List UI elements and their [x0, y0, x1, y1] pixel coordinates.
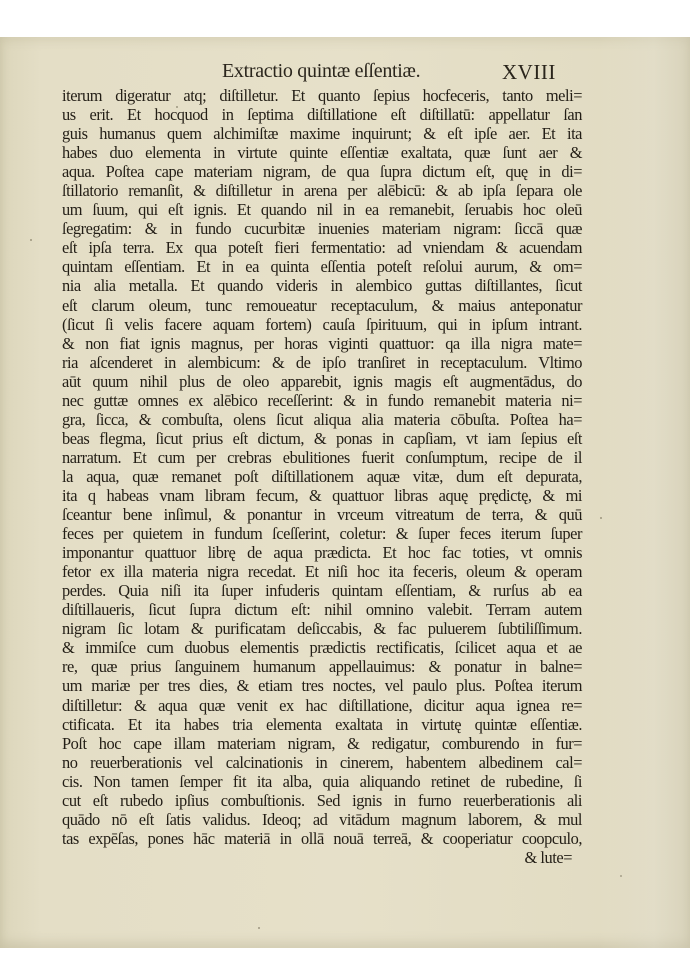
ink-speck	[30, 239, 32, 241]
ink-speck	[258, 927, 260, 929]
text-line: la aqua, quæ remanet poſt diſtillationem…	[62, 467, 582, 486]
running-head: Extractio quintæ eſſentiæ. XVIII	[222, 60, 562, 86]
text-line: habes duo elementa in virtute quinte eſſ…	[62, 143, 582, 162]
text-line: nigram ſic lotam & purificatam deſiccabi…	[62, 619, 582, 638]
text-line: eſt ipſa terra. Ex qua poteſt fieri ferm…	[62, 238, 582, 257]
text-line: gra, ſicca, & combuſta, olens ſicut aliq…	[62, 410, 582, 429]
catchword: & lute=	[62, 848, 582, 867]
text-line: guis humanus quem alchimiſtæ maxime inqu…	[62, 124, 582, 143]
text-line: ria aſcenderet in alembicum: & de ipſo t…	[62, 353, 582, 372]
text-line: fetor ex illa materia nigra recedat. Et …	[62, 562, 582, 581]
text-line: us erit. Et hocquod in ſeptima diſtillat…	[62, 105, 582, 124]
text-line: nia alia metalla. Et quando videris in a…	[62, 276, 582, 295]
text-line: ſegregatim: & in fundo cucurbitæ inuenie…	[62, 219, 582, 238]
text-line: aūt quum nihil plus de oleo apparebit, i…	[62, 372, 582, 391]
ink-speck	[176, 106, 178, 108]
text-line: cut eſt rubedo ipſius combuſtionis. Sed …	[62, 791, 582, 810]
text-line: tas expēſas, pones hāc materiā in ollā n…	[62, 829, 582, 848]
running-head-title: Extractio quintæ eſſentiæ.	[222, 60, 420, 83]
text-line: ctificata. Et ita habes tria elementa ex…	[62, 715, 582, 734]
ink-speck	[600, 517, 602, 519]
text-line: feces per quietem in fundum ſceſſerint, …	[62, 524, 582, 543]
text-line: Poſt hoc cape illam materiam nigram, & r…	[62, 734, 582, 753]
book-page: Extractio quintæ eſſentiæ. XVIII iterum …	[0, 37, 690, 948]
text-line: perdes. Quia niſi ita ſuper infuderis qu…	[62, 581, 582, 600]
ink-speck	[620, 875, 622, 877]
text-line: narratum. Et cum per crebras ebulitiones…	[62, 448, 582, 467]
text-line: ſtillatorio remanſit, & diſtilletur in a…	[62, 181, 582, 200]
text-line: nec guttæ omnes ex alēbico receſſerint: …	[62, 391, 582, 410]
text-line: & non fiat ignis magnus, per horas vigin…	[62, 334, 582, 353]
text-line: ſceantur bene inſimul, & ponantur in vrc…	[62, 505, 582, 524]
text-line: ita q habeas vnam libram fecum, & quattu…	[62, 486, 582, 505]
text-line: eſt clarum oleum, tunc remoueatur recept…	[62, 296, 582, 315]
text-line: um mariæ per tres dies, & etiam tres noc…	[62, 676, 582, 695]
text-line: (ſicut ſi velis facere aquam fortem) cau…	[62, 315, 582, 334]
text-line: no reuerberationis vel calcinationis in …	[62, 753, 582, 772]
body-text: iterum digeratur atq; diſtilletur. Et qu…	[62, 86, 582, 867]
text-line: imponantur quattuor librę de aqua prædic…	[62, 543, 582, 562]
text-line: diſtillaueris, ſicut ſupra dictum eſt: n…	[62, 600, 582, 619]
folio-number: XVIII	[502, 60, 556, 85]
text-line: cis. Non tamen ſemper fit ita alba, quia…	[62, 772, 582, 791]
text-line: re, quæ prius ſanguinem humanum appellau…	[62, 657, 582, 676]
text-line: & immiſce cum duobus elementis prædictis…	[62, 638, 582, 657]
text-line: diſtilletur: & aqua quæ venit ex hac diſ…	[62, 696, 582, 715]
text-line: iterum digeratur atq; diſtilletur. Et qu…	[62, 86, 582, 105]
text-line: beas flegma, ſicut prius eſt dictum, & p…	[62, 429, 582, 448]
text-line: quādo nō eſt ſatis validus. Ideoq; ad vi…	[62, 810, 582, 829]
text-line: um ſuum, qui eſt ignis. Et quando nil in…	[62, 200, 582, 219]
text-line: aqua. Poſtea cape materiam nigram, de qu…	[62, 162, 582, 181]
text-line: quintam eſſentiam. Et in ea quinta eſſen…	[62, 257, 582, 276]
